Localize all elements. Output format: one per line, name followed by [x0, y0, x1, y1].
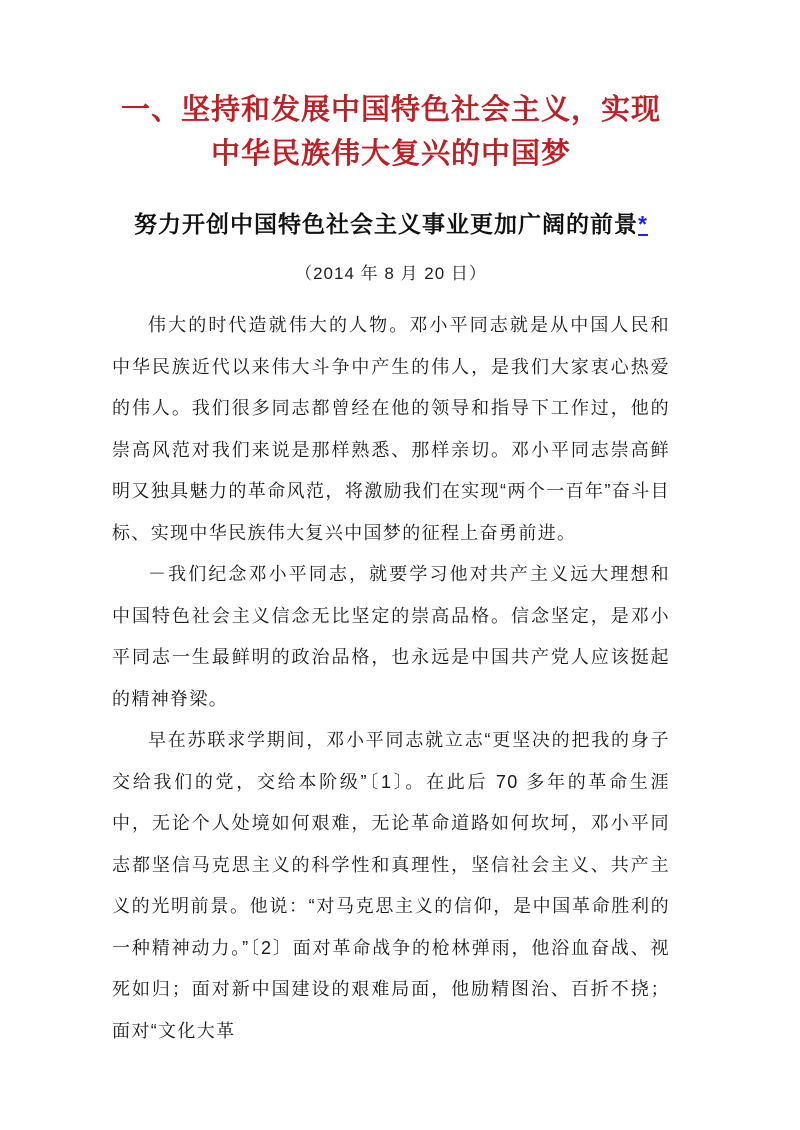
article-subtitle: 努力开创中国特色社会主义事业更加广阔的前景*: [112, 207, 670, 241]
footnote-asterisk-link[interactable]: *: [638, 211, 648, 237]
date-line: （2014 年 8 月 20 日）: [112, 260, 670, 288]
paragraph-1: 伟大的时代造就伟大的人物。邓小平同志就是从中国人民和中华民族近代以来伟大斗争中产…: [112, 305, 670, 554]
document-page: 一、坚持和发展中国特色社会主义，实现 中华民族伟大复兴的中国梦 努力开创中国特色…: [0, 0, 800, 1130]
document-title-line1: 一、坚持和发展中国特色社会主义，实现: [112, 88, 670, 132]
article-body: 伟大的时代造就伟大的人物。邓小平同志就是从中国人民和中华民族近代以来伟大斗争中产…: [112, 305, 670, 1052]
document-title-line2: 中华民族伟大复兴的中国梦: [112, 132, 670, 176]
paragraph-3: 早在苏联求学期间，邓小平同志就立志“更坚决的把我的身子交给我们的党，交给本阶级”…: [112, 720, 670, 1052]
document-title: 一、坚持和发展中国特色社会主义，实现 中华民族伟大复兴的中国梦: [112, 88, 670, 176]
article-subtitle-text: 努力开创中国特色社会主义事业更加广阔的前景: [134, 211, 638, 237]
paragraph-2: －我们纪念邓小平同志，就要学习他对共产主义远大理想和中国特色社会主义信念无比坚定…: [112, 554, 670, 720]
